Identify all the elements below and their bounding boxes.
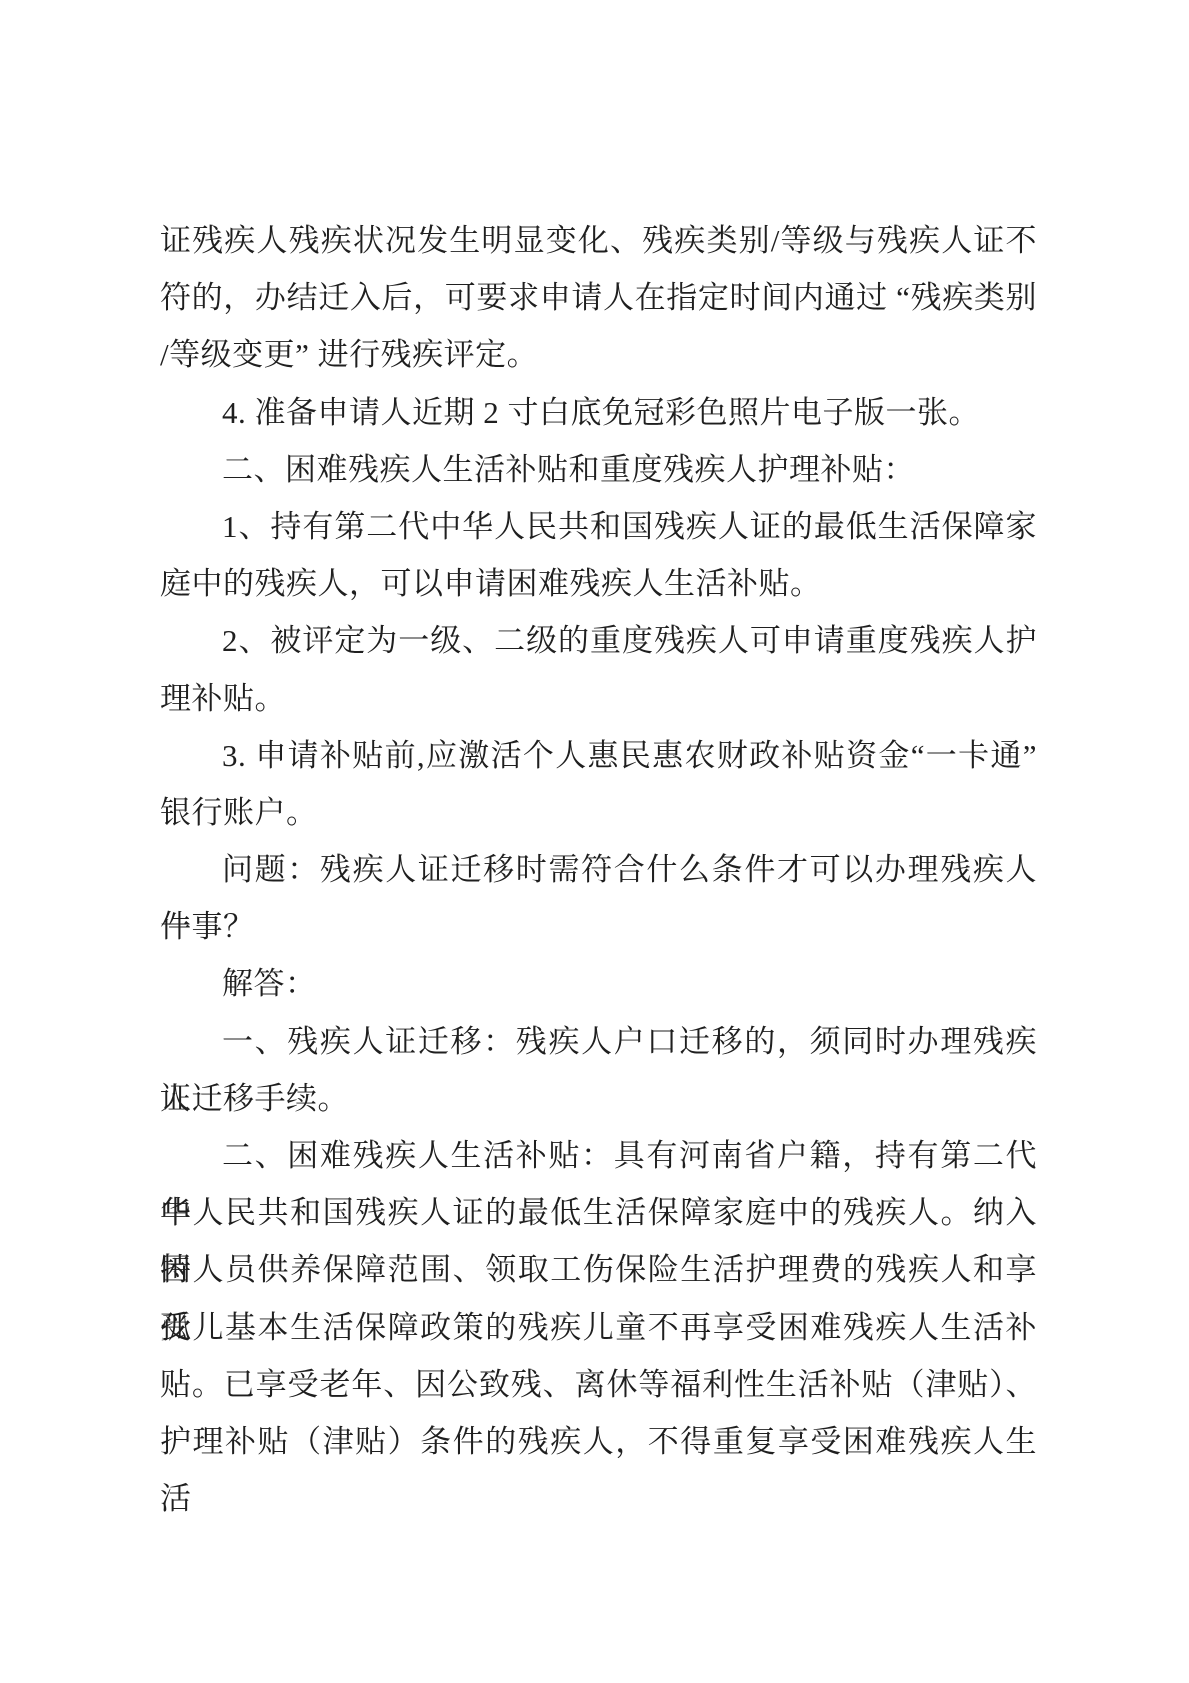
document-line: 护理补贴（津贴）条件的残疾人，不得重复享受困难残疾人生活 xyxy=(160,1413,1037,1470)
document-line: 符的，办结迁入后，可要求申请人在指定时间内通过 “残疾类别 xyxy=(160,269,1037,326)
document-line: 二、困难残疾人生活补贴和重度残疾人护理补贴： xyxy=(160,441,1037,498)
document-line: 2、被评定为一级、二级的重度残疾人可申请重度残疾人护 xyxy=(160,612,1037,669)
document-line: 二、困难残疾人生活补贴：具有河南省户籍，持有第二代中 xyxy=(160,1127,1037,1184)
document-line: 1、持有第二代中华人民共和国残疾人证的最低生活保障家 xyxy=(160,498,1037,555)
document-line: 证残疾人残疾状况发生明显变化、残疾类别/等级与残疾人证不 xyxy=(160,212,1037,269)
document-line: /等级变更” 进行残疾评定。 xyxy=(160,326,1037,383)
document-line: 件事？ xyxy=(160,898,1037,955)
document-line: 困人员供养保障范围、领取工伤保险生活护理费的残疾人和享受 xyxy=(160,1241,1037,1298)
document-line: 问题：残疾人证迁移时需符合什么条件才可以办理残疾人一 xyxy=(160,841,1037,898)
document-line: 一、残疾人证迁移：残疾人户口迁移的，须同时办理残疾人 xyxy=(160,1013,1037,1070)
document-line: 贴。已享受老年、因公致残、离休等福利性生活补贴（津贴）、 xyxy=(160,1356,1037,1413)
document-line: 解答： xyxy=(160,955,1037,1012)
document-text-block: 证残疾人残疾状况发生明显变化、残疾类别/等级与残疾人证不 符的，办结迁入后，可要… xyxy=(160,212,1037,1470)
document-line: 华人民共和国残疾人证的最低生活保障家庭中的残疾人。纳入特 xyxy=(160,1184,1037,1241)
document-line: 银行账户。 xyxy=(160,784,1037,841)
document-line: 庭中的残疾人，可以申请困难残疾人生活补贴。 xyxy=(160,555,1037,612)
document-line: 证迁移手续。 xyxy=(160,1070,1037,1127)
document-line: 理补贴。 xyxy=(160,670,1037,727)
document-page: 证残疾人残疾状况发生明显变化、残疾类别/等级与残疾人证不 符的，办结迁入后，可要… xyxy=(0,0,1189,1683)
document-line: 4. 准备申请人近期 2 寸白底免冠彩色照片电子版一张。 xyxy=(160,384,1037,441)
document-line: 孤儿基本生活保障政策的残疾儿童不再享受困难残疾人生活补 xyxy=(160,1299,1037,1356)
document-line: 3. 申请补贴前,应激活个人惠民惠农财政补贴资金“一卡通” xyxy=(160,727,1037,784)
